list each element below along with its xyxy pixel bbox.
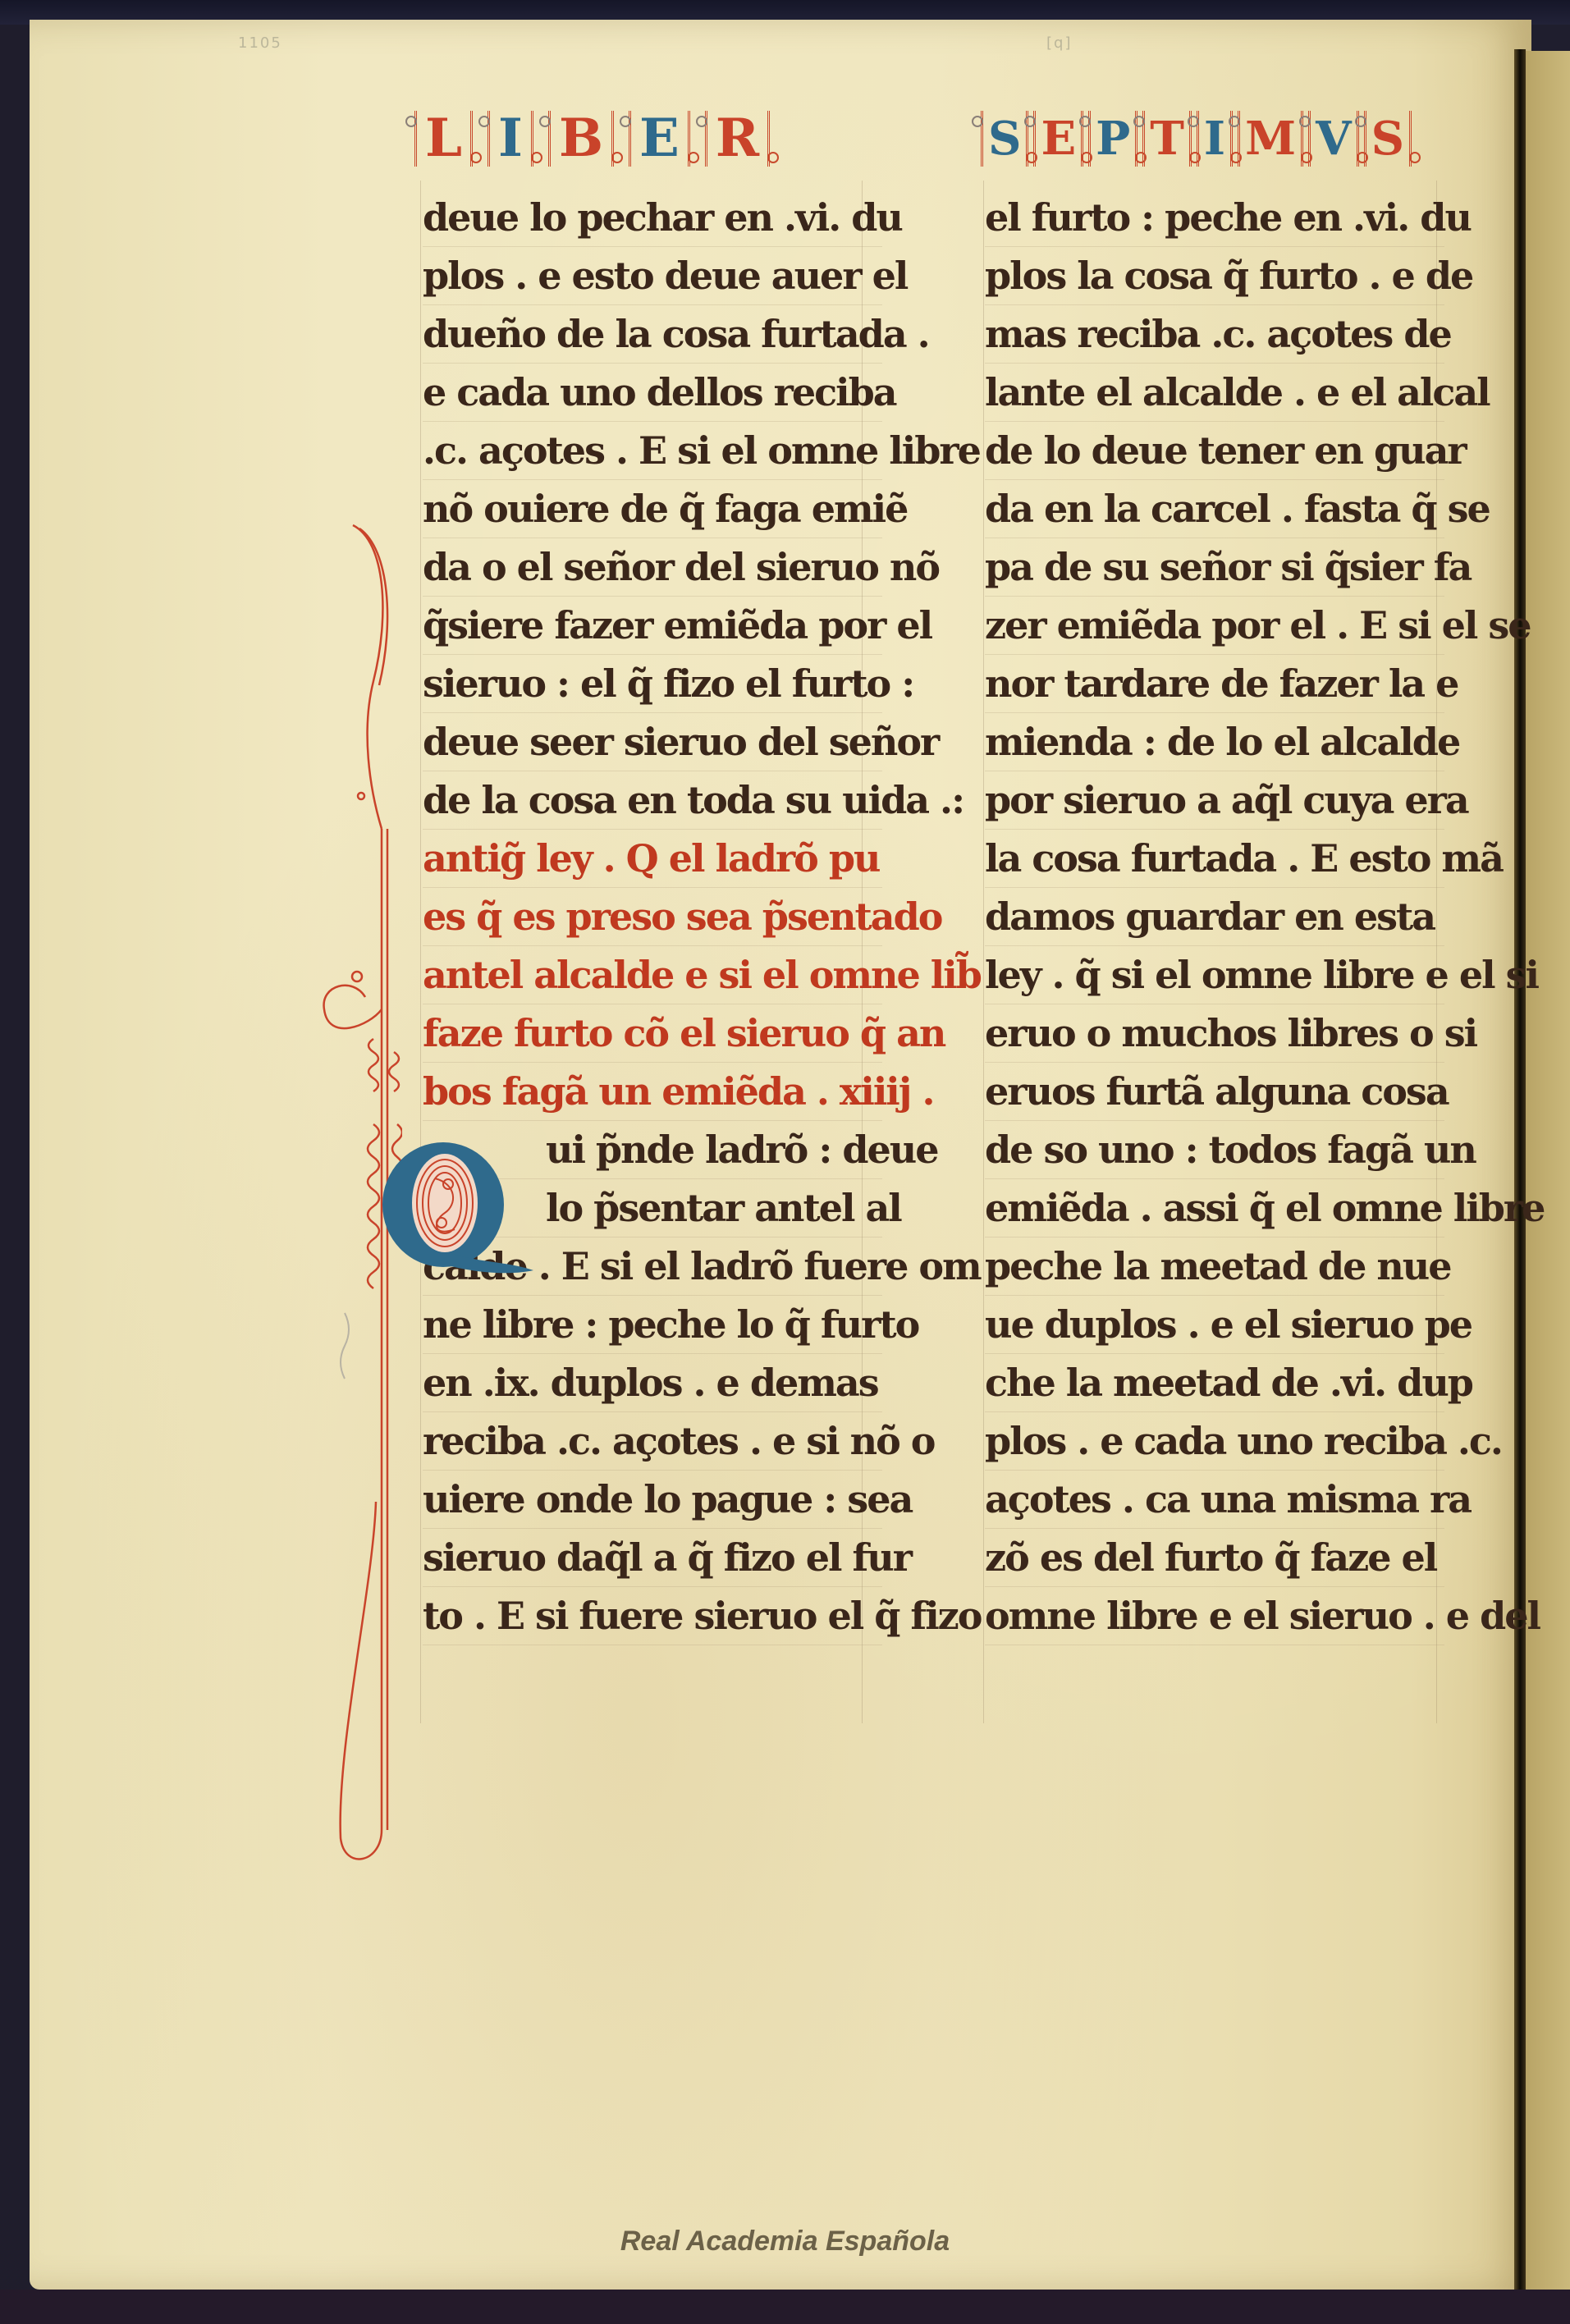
text-line: en .ix. duplos . e demas xyxy=(423,1354,882,1412)
text-column-right: el furto : peche en .vi. duplos la cosa … xyxy=(985,189,1444,1645)
text-line: nor tardare de fazer la e xyxy=(985,655,1444,713)
ruling-line xyxy=(983,181,984,1723)
text-line: de so uno : todos fagã un xyxy=(985,1121,1444,1179)
text-line: la cosa furtada . E esto mã xyxy=(985,830,1444,888)
header-left-capital-0: L xyxy=(414,111,473,167)
illuminated-initial-q-icon: Q xyxy=(379,1139,535,1274)
rubric-line: faze furto cõ el sieruo q̃ an xyxy=(423,1004,882,1063)
rubric-line: bos fagã un emiẽda . xiiij . xyxy=(423,1063,882,1121)
text-line: reciba .c. açotes . e si nõ o xyxy=(423,1412,882,1471)
text-line: da o el señor del sieruo nõ xyxy=(423,538,882,597)
backdrop-bottom xyxy=(0,2290,1570,2324)
rubric-line: antel alcalde e si el omne lib̃ xyxy=(423,946,882,1004)
text-line: uiere onde lo pague : sea xyxy=(423,1471,882,1529)
text-column-left: deue lo pechar en .vi. duplos . e esto d… xyxy=(423,189,882,1645)
header-right-capital-7: S xyxy=(1364,111,1412,167)
text-line: lante el alcalde . e el alcal xyxy=(985,364,1444,422)
text-line: por sieruo a aq̃l cuya era xyxy=(985,771,1444,830)
text-line: q̃siere fazer emiẽda por el xyxy=(423,597,882,655)
backdrop xyxy=(0,0,30,2324)
facing-page-edge xyxy=(1526,51,1570,2299)
running-header-left: LIBER xyxy=(414,111,770,167)
text-line: ne libre : peche lo q̃ furto xyxy=(423,1296,882,1354)
text-line: emiẽda . assi q̃ el omne libre xyxy=(985,1179,1444,1237)
text-line: nõ ouiere de q̃ faga emiẽ xyxy=(423,480,882,538)
text-line: plos . e esto deue auer el xyxy=(423,247,882,305)
svg-text:Q: Q xyxy=(445,1139,455,1142)
header-right-capital-6: V xyxy=(1308,111,1358,167)
header-left-capital-1: I xyxy=(487,111,533,167)
header-right-capital-0: S xyxy=(981,111,1028,167)
running-header-right: SEPTIMVS xyxy=(981,111,1412,167)
text-line: ue duplos . e el sieruo pe xyxy=(985,1296,1444,1354)
text-line: deue seer sieruo del señor xyxy=(423,713,882,771)
rubric-line: antig̃ ley . Q el ladrõ pu xyxy=(423,830,882,888)
header-left-capital-2: B xyxy=(548,111,614,167)
text-line: zõ es del furto q̃ faze el xyxy=(985,1529,1444,1587)
text-line: deue lo pechar en .vi. du xyxy=(423,189,882,247)
header-right-capital-3: T xyxy=(1142,111,1192,167)
header-right-capital-4: I xyxy=(1197,111,1233,167)
text-line: zer emiẽda por el . E si el se xyxy=(985,597,1444,655)
header-right-capital-2: P xyxy=(1088,111,1137,167)
book-gutter xyxy=(1514,49,1526,2298)
ruling-line xyxy=(420,181,421,1723)
text-line: pa de su señor si q̃sier fa xyxy=(985,538,1444,597)
text-line: sieruo : el q̃ fizo el furto : xyxy=(423,655,882,713)
text-line: mienda : de lo el alcalde xyxy=(985,713,1444,771)
text-line: ley . q̃ si el omne libre e el si xyxy=(985,946,1444,1004)
text-line: sieruo daq̃l a q̃ fizo el fur xyxy=(423,1529,882,1587)
text-line: peche la meetad de nue xyxy=(985,1237,1444,1296)
text-line: e cada uno dellos reciba xyxy=(423,364,882,422)
text-line: eruos furtã alguna cosa xyxy=(985,1063,1444,1121)
text-line: che la meetad de .vi. dup xyxy=(985,1354,1444,1412)
header-left-capital-3: E xyxy=(629,111,690,167)
text-line: el furto : peche en .vi. du xyxy=(985,189,1444,247)
text-line: dueño de la cosa furtada . xyxy=(423,305,882,364)
text-line: to . E si fuere sieruo el q̃ fizo xyxy=(423,1587,882,1645)
header-right-capital-1: E xyxy=(1033,111,1083,167)
text-line: de lo deue tener en guar xyxy=(985,422,1444,480)
header-right-capital-5: M xyxy=(1238,111,1303,167)
text-line: .c. açotes . E si el omne libre xyxy=(423,422,882,480)
footer-credit: Real Academia Española xyxy=(0,2226,1570,2258)
text-line: açotes . ca una misma ra xyxy=(985,1471,1444,1529)
text-line: de la cosa en toda su uida .: xyxy=(423,771,882,830)
header-left-capital-4: R xyxy=(705,111,770,167)
text-line: eruo o muchos libres o si xyxy=(985,1004,1444,1063)
text-line: omne libre e el sieruo . e del xyxy=(985,1587,1444,1645)
text-line: mas reciba .c. açotes de xyxy=(985,305,1444,364)
text-line: da en la carcel . fasta q̃ se xyxy=(985,480,1444,538)
rubric-line: es q̃ es preso sea p̃sentado xyxy=(423,888,882,946)
pencil-margin-note: [q] xyxy=(1046,34,1072,52)
text-line: plos . e cada uno reciba .c. xyxy=(985,1412,1444,1471)
text-line: plos la cosa q̃ furto . e de xyxy=(985,247,1444,305)
text-line: damos guardar en esta xyxy=(985,888,1444,946)
pencil-folio-note: 1105 xyxy=(238,34,282,52)
